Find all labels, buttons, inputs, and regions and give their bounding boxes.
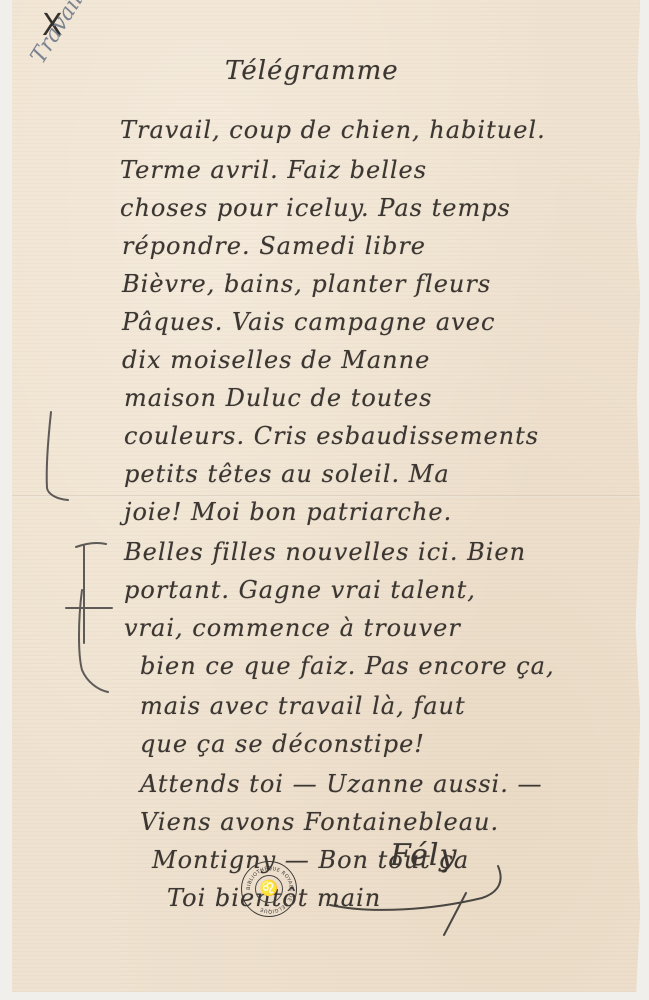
- letter-line-16: mais avec travail là, faut: [140, 692, 466, 720]
- letter-line-14: vrai, commence à trouver: [124, 614, 461, 642]
- letter-line-8: maison Duluc de toutes: [124, 384, 432, 412]
- letter-line-11: joie! Moi bon patriarche.: [124, 498, 452, 526]
- lion-emblem-icon: ♌: [255, 875, 283, 903]
- letter-line-15: bien ce que faiz. Pas encore ça,: [140, 652, 555, 680]
- letter-line-6: Pâques. Vais campagne avec: [122, 308, 495, 336]
- letter-line-19: Viens avons Fontainebleau.: [140, 808, 499, 836]
- letter-line-17: que ça se déconstipe!: [140, 730, 425, 758]
- letter-line-18: Attends toi — Uzanne aussi. —: [140, 770, 542, 798]
- letter-line-3: choses pour iceluy. Pas temps: [120, 194, 511, 222]
- letter-line-13: portant. Gagne vrai talent,: [124, 576, 476, 604]
- signature: Fély: [390, 838, 457, 873]
- letter-line-12: Belles filles nouvelles ici. Bien: [124, 538, 526, 566]
- letter-line-1: Travail, coup de chien, habituel.: [120, 116, 546, 144]
- letter-page: X Travail Télégramme Travail, coup de ch…: [12, 0, 640, 992]
- library-stamp: BIBLIOTHÈQUE ROYALE DE BELGIQUE ♌: [241, 861, 297, 917]
- letter-title: Télégramme: [225, 56, 399, 86]
- margin-bracket-marks: [12, 0, 640, 992]
- letter-line-9: couleurs. Cris esbaudissements: [124, 422, 539, 450]
- letter-line-5: Bièvre, bains, planter fleurs: [122, 270, 491, 298]
- letter-line-2: Terme avril. Faiz belles: [120, 156, 427, 184]
- letter-line-10: petits têtes au soleil. Ma: [124, 460, 450, 488]
- letter-line-7: dix moiselles de Manne: [122, 346, 430, 374]
- letter-line-4: répondre. Samedi libre: [122, 232, 426, 260]
